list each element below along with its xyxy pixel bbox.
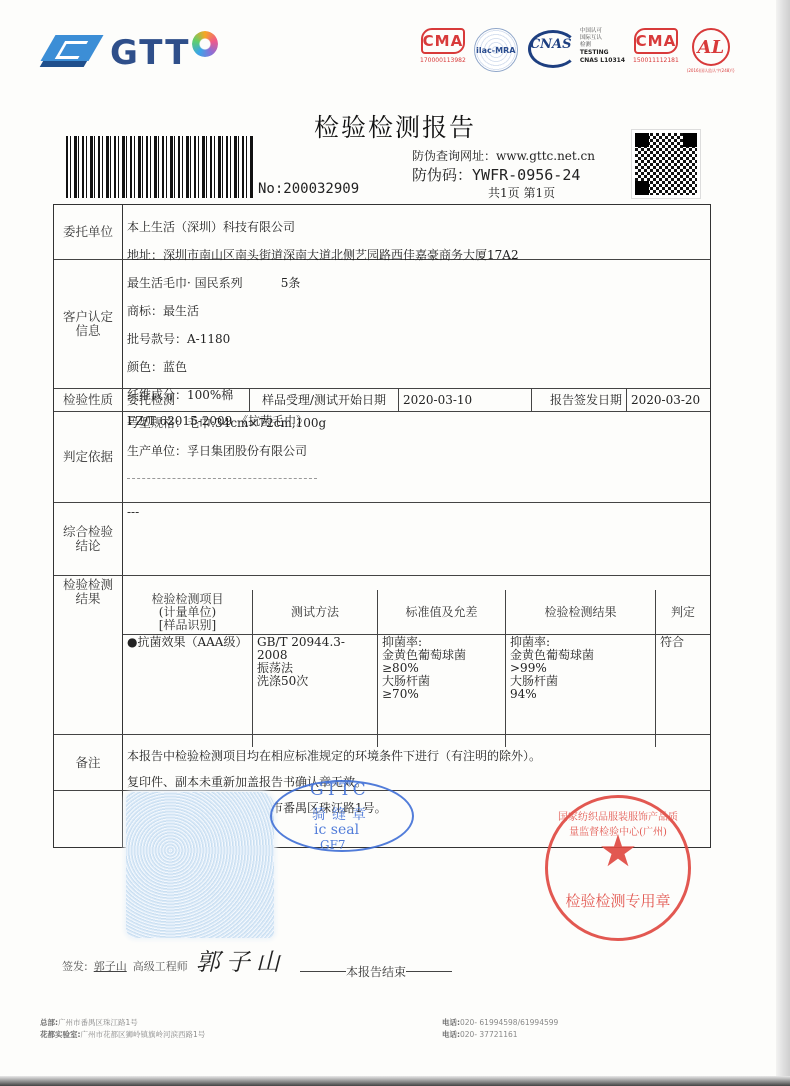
col-header-standard: 标准值及允差 <box>378 590 506 635</box>
cell-method: GB/T 20944.3-2008 振荡法 洗涤50次 <box>253 635 378 747</box>
signer-title: 高级工程师 <box>133 958 188 974</box>
qr-code[interactable] <box>632 130 700 198</box>
results-table: 检验检测项目 (计量单位) [样品识别] 测试方法 标准值及允差 检验检测结果 … <box>123 590 710 747</box>
official-seal-stamp: 国家纺织品服装服饰产品质量监督检验中心(广州) ★ 检验检测专用章 <box>545 795 691 941</box>
start-date: 2020-03-10 <box>399 389 532 411</box>
trademark: 商标：最生活 <box>127 304 706 318</box>
nature-row: 检验性质 委托检测 样品受理/测试开始日期 2020-03-10 报告签发日期 … <box>54 389 710 412</box>
anti-fake-link[interactable]: www.gttc.net.cn <box>496 149 595 163</box>
cell-judgement: 符合 <box>656 635 710 747</box>
remarks-label: 备注 <box>54 735 123 790</box>
results-row: 检验检测结果 检验检测项目 (计量单位) [样品识别] 测试方法 标准值及允差 … <box>54 576 710 735</box>
report-number: No:200032909 <box>258 181 359 197</box>
report-form: 委托单位 本上生活（深圳）科技有限公司 地址：深圳市南山区南头街道深南大道北侧艺… <box>53 204 711 848</box>
remark-line: 本报告中检验检测项目均在相应标准规定的环境条件下进行（有注明的除外）。 <box>127 750 706 763</box>
color: 颜色：蓝色 <box>127 360 706 374</box>
issue-date-label: 报告签发日期 <box>532 389 627 411</box>
page-bottom-shadow <box>0 1076 790 1086</box>
nature-value: 委托检测 <box>123 389 250 411</box>
conclusion-row: 综合检验结论 --- <box>54 503 710 576</box>
gtt-logo: GTT <box>40 33 218 73</box>
col-header-method: 测试方法 <box>253 590 378 635</box>
signature-block: 签发: 郭子山 高级工程师 郭子山 <box>62 942 286 977</box>
cnas-caption: 中国认可 国际互认 检测 TESTING CNAS L10314 <box>580 28 625 65</box>
client-name: 本上生活（深圳）科技有限公司 <box>127 220 706 234</box>
issue-date: 2020-03-20 <box>627 389 710 411</box>
cal-icon: AL <box>692 28 730 66</box>
cma-icon: CMA <box>421 28 465 54</box>
basis-row: 判定依据 FZ/T 62015-2009 《抗菌毛巾》 <box>54 412 710 503</box>
col-header-item: 检验检测项目 (计量单位) [样品识别] <box>123 590 253 635</box>
cnas-icon: CNAS <box>526 28 574 64</box>
star-icon: ★ <box>548 830 688 874</box>
page-count: 共1页 第1页 <box>488 184 555 201</box>
footer-addresses: 总部:广州市番禺区珠江路1号 花都实验室:广州市花都区狮岭镇旗岭河滨西路1号 <box>40 1017 205 1041</box>
cell-standard: 抑菌率: 金黄色葡萄球菌 ≥80% 大肠杆菌 ≥70% <box>378 635 506 747</box>
client-label: 委托单位 <box>54 205 123 259</box>
conclusion-label: 综合检验结论 <box>54 503 123 575</box>
anti-fake-code: 防伪码：YWFR-0956-24 <box>412 164 580 185</box>
ilac-mark: ilac-MRA <box>474 28 518 72</box>
results-label: 检验检测结果 <box>54 576 123 734</box>
cell-item: ●抗菌效果（AAA级） <box>123 635 253 747</box>
cma-mark-2: CMA 150011112181 <box>633 28 679 64</box>
conclusion-value: --- <box>123 503 710 575</box>
ilac-mra-icon: ilac-MRA <box>474 28 518 72</box>
towel-sample-swatch <box>126 792 274 938</box>
customer-info-label: 客户认定信息 <box>54 260 123 388</box>
col-header-judgement: 判定 <box>656 590 710 635</box>
remark-line: 复印件、副本未重新加盖报告书确认章无效。 <box>127 776 706 789</box>
signer-name: 郭子山 <box>94 958 127 974</box>
barcode <box>66 136 254 198</box>
color-ring-icon <box>192 31 218 57</box>
basis-value: FZ/T 62015-2009 《抗菌毛巾》 <box>123 412 710 502</box>
handwritten-signature: 郭子山 <box>196 942 286 977</box>
brand-name: GTT <box>110 33 190 73</box>
col-header-result: 检验检测结果 <box>506 590 656 635</box>
cma-mark-1: CMA 170000113982 <box>420 28 466 64</box>
product-name: 最生活毛巾· 国民系列 5条 <box>127 276 706 290</box>
client-row: 委托单位 本上生活（深圳）科技有限公司 地址：深圳市南山区南头街道深南大道北侧艺… <box>54 205 710 260</box>
basis-label: 判定依据 <box>54 412 123 502</box>
page-edge-shadow <box>776 0 790 1086</box>
certification-marks: CMA 170000113982 ilac-MRA CNAS 中国认可 国际互认… <box>420 28 735 74</box>
footer-phones: 电话:020- 61994598/61994599 电话:020- 377211… <box>442 1017 558 1041</box>
report-page: GTT CMA 170000113982 ilac-MRA CNAS 中国认可 … <box>0 0 790 1086</box>
cnas-mark: CNAS <box>526 28 574 64</box>
cal-mark: AL (2016)国认监认字(248)号 <box>687 28 735 74</box>
anti-fake-url: 防伪查询网址：www.gttc.net.cn <box>412 147 595 164</box>
end-of-report: 本报告结束 <box>300 963 452 980</box>
cma-icon: CMA <box>634 28 678 54</box>
remarks-row: 备注 本报告中检验检测项目均在相应标准规定的环境条件下进行（有注明的除外）。 复… <box>54 735 710 791</box>
seam-seal-stamp: GTTC 骑缝章 ic seal GF7 <box>270 780 414 852</box>
start-date-label: 样品受理/测试开始日期 <box>250 389 399 411</box>
nature-label: 检验性质 <box>54 389 123 411</box>
gtt-logo-mark-icon <box>40 35 96 71</box>
batch-number: 批号款号：A-1180 <box>127 332 706 346</box>
cell-result: 抑菌率: 金黄色葡萄球菌 >99% 大肠杆菌 94% <box>506 635 656 747</box>
customer-info-row: 客户认定信息 最生活毛巾· 国民系列 5条 商标：最生活 批号款号：A-1180… <box>54 260 710 389</box>
